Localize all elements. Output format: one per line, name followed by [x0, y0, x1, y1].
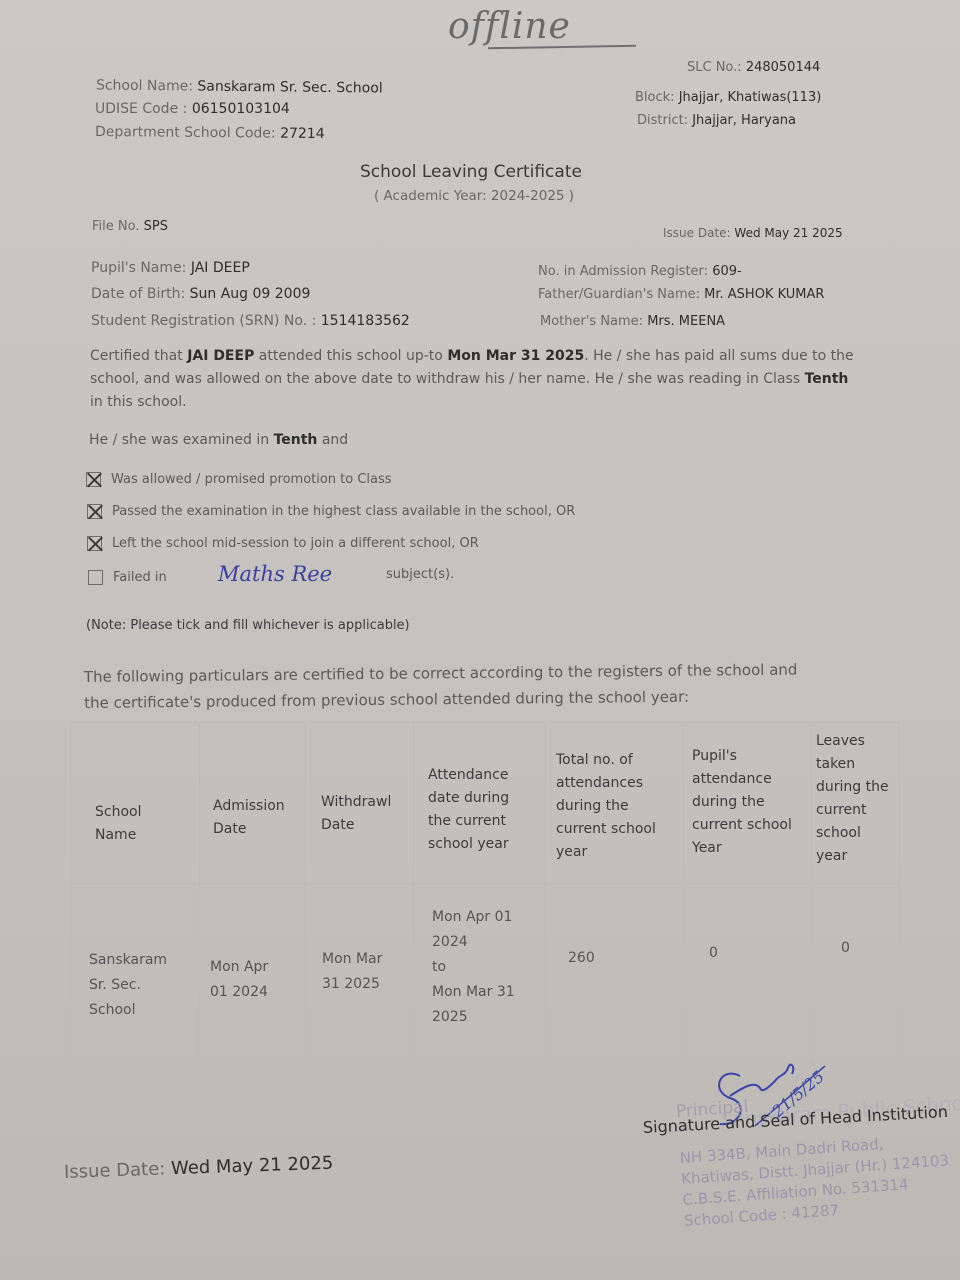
- option-promotion[interactable]: Was allowed / promised promotion to Clas…: [86, 472, 392, 487]
- statement-date: Mon Mar 31 2025: [447, 348, 584, 364]
- pupil-name: JAI DEEP: [191, 260, 250, 276]
- footer-issue-date: Wed May 21 2025: [171, 1153, 334, 1180]
- dob-line: Date of Birth: Sun Aug 09 2009: [91, 286, 310, 302]
- option-label: Was allowed / promised promotion to Clas…: [111, 472, 392, 487]
- academic-year: ( Academic Year: 2024-2025 ): [374, 188, 574, 204]
- school-name-line: School Name: Sanskaram Sr. Sec. School: [96, 77, 383, 96]
- option-failed-in[interactable]: Failed in: [88, 570, 167, 585]
- mother-name: Mrs. MEENA: [647, 314, 725, 329]
- option-passed-highest[interactable]: Passed the examination in the highest cl…: [87, 504, 575, 519]
- srn: 1514183562: [321, 313, 410, 329]
- particulars-table: School Name Admission Date Withdrawl Dat…: [70, 722, 900, 1064]
- srn-line: Student Registration (SRN) No. : 1514183…: [91, 313, 410, 329]
- father-name: Mr. ASHOK KUMAR: [704, 287, 824, 302]
- father-line: Father/Guardian's Name: Mr. ASHOK KUMAR: [538, 287, 824, 302]
- checkbox-unchecked[interactable]: [88, 570, 103, 585]
- district-label: District:: [637, 113, 688, 128]
- block-label: Block:: [635, 90, 675, 105]
- slc-number-line: SLC No.: 248050144: [687, 60, 820, 75]
- pupil-name-line: Pupil's Name: JAI DEEP: [91, 260, 250, 276]
- particulars-intro: The following particulars are certified …: [84, 656, 825, 716]
- note-text: (Note: Please tick and fill whichever is…: [86, 618, 410, 633]
- row-school-name: Sanskaram Sr. Sec. School: [89, 948, 167, 1023]
- statement-class: Tenth: [805, 371, 849, 387]
- pupil-name-label: Pupil's Name:: [91, 260, 186, 276]
- subjects-suffix: subject(s).: [386, 567, 454, 582]
- option-label: Failed in: [113, 570, 167, 585]
- admission-no-line: No. in Admission Register: 609-: [538, 264, 742, 279]
- checkbox-checked[interactable]: [87, 536, 102, 551]
- dept-code-label: Department School Code:: [95, 124, 276, 142]
- row-leaves-taken: 0: [841, 936, 850, 961]
- issue-date: Wed May 21 2025: [734, 226, 842, 240]
- row-withdrawl-date: Mon Mar 31 2025: [322, 947, 382, 997]
- handwritten-offline-note: offline: [448, 6, 571, 47]
- footer-issue-date-label: Issue Date:: [64, 1158, 166, 1183]
- admission-no-label: No. in Admission Register:: [538, 264, 708, 279]
- father-label: Father/Guardian's Name:: [538, 287, 700, 302]
- statement-text: He / she was examined in: [89, 432, 274, 448]
- issue-date-label: Issue Date:: [663, 226, 731, 240]
- certification-paragraph: Certified that JAI DEEP attended this sc…: [90, 345, 860, 414]
- checkbox-checked[interactable]: [87, 504, 102, 519]
- checkbox-checked[interactable]: [86, 472, 101, 487]
- udise-line: UDISE Code : 06150103104: [95, 101, 290, 117]
- option-label: Left the school mid-session to join a di…: [112, 536, 479, 551]
- statement-text: attended this school up-to: [254, 348, 447, 364]
- header-leaves-taken: Leaves taken during the current school y…: [816, 730, 889, 868]
- statement-text: in this school.: [90, 394, 187, 410]
- file-no-label: File No.: [92, 219, 139, 234]
- header-school-name: School Name: [95, 801, 141, 847]
- header-withdrawl-date: Withdrawl Date: [321, 791, 391, 837]
- school-stamp: NH 334B, Main Dadri Road, Khatiwas, Dist…: [679, 1129, 953, 1232]
- option-left-mid-session[interactable]: Left the school mid-session to join a di…: [87, 536, 479, 551]
- issue-date-footer: Issue Date: Wed May 21 2025: [64, 1153, 334, 1183]
- slc-number: 248050144: [746, 60, 820, 75]
- school-name-label: School Name:: [96, 77, 193, 94]
- mother-label: Mother's Name:: [540, 314, 643, 329]
- statement-text: Certified that: [90, 348, 187, 364]
- dob: Sun Aug 09 2009: [190, 286, 311, 302]
- row-total-attendances: 260: [568, 946, 595, 971]
- certificate-title: School Leaving Certificate: [360, 162, 582, 182]
- file-no: SPS: [144, 219, 168, 234]
- slc-number-label: SLC No.:: [687, 60, 742, 75]
- handwritten-failed-subject: Maths Ree: [218, 562, 332, 586]
- file-no-line: File No. SPS: [92, 219, 168, 234]
- header-attendance-date: Attendance date during the current schoo…: [428, 764, 509, 856]
- mother-line: Mother's Name: Mrs. MEENA: [540, 314, 725, 329]
- header-pupil-attendance: Pupil's attendance during the current sc…: [692, 745, 792, 860]
- header-total-attendances: Total no. of attendances during the curr…: [556, 749, 656, 864]
- block: Jhajjar, Khatiwas(113): [679, 90, 822, 105]
- block-line: Block: Jhajjar, Khatiwas(113): [635, 90, 821, 105]
- header-admission-date: Admission Date: [213, 795, 285, 841]
- statement-pupil-name: JAI DEEP: [187, 348, 254, 364]
- dob-label: Date of Birth:: [91, 286, 185, 302]
- admission-no: 609-: [712, 264, 742, 279]
- row-attendance-range: Mon Apr 01 2024 to Mon Mar 31 2025: [432, 905, 515, 1030]
- row-admission-date: Mon Apr 01 2024: [210, 955, 268, 1005]
- district: Jhajjar, Haryana: [692, 113, 796, 128]
- udise-label: UDISE Code :: [95, 101, 187, 117]
- option-label: Passed the examination in the highest cl…: [112, 504, 575, 519]
- examined-line: He / she was examined in Tenth and: [89, 429, 348, 452]
- statement-text: and: [317, 432, 348, 448]
- udise-code: 06150103104: [192, 101, 290, 117]
- issue-date-top-line: Issue Date: Wed May 21 2025: [663, 226, 843, 240]
- row-pupil-attendance: 0: [709, 941, 718, 966]
- dept-code-line: Department School Code: 27214: [95, 124, 325, 142]
- district-line: District: Jhajjar, Haryana: [637, 113, 796, 128]
- dept-code: 27214: [280, 126, 325, 142]
- school-name: Sanskaram Sr. Sec. School: [197, 79, 383, 97]
- srn-label: Student Registration (SRN) No. :: [91, 313, 316, 329]
- examined-class: Tenth: [274, 432, 318, 448]
